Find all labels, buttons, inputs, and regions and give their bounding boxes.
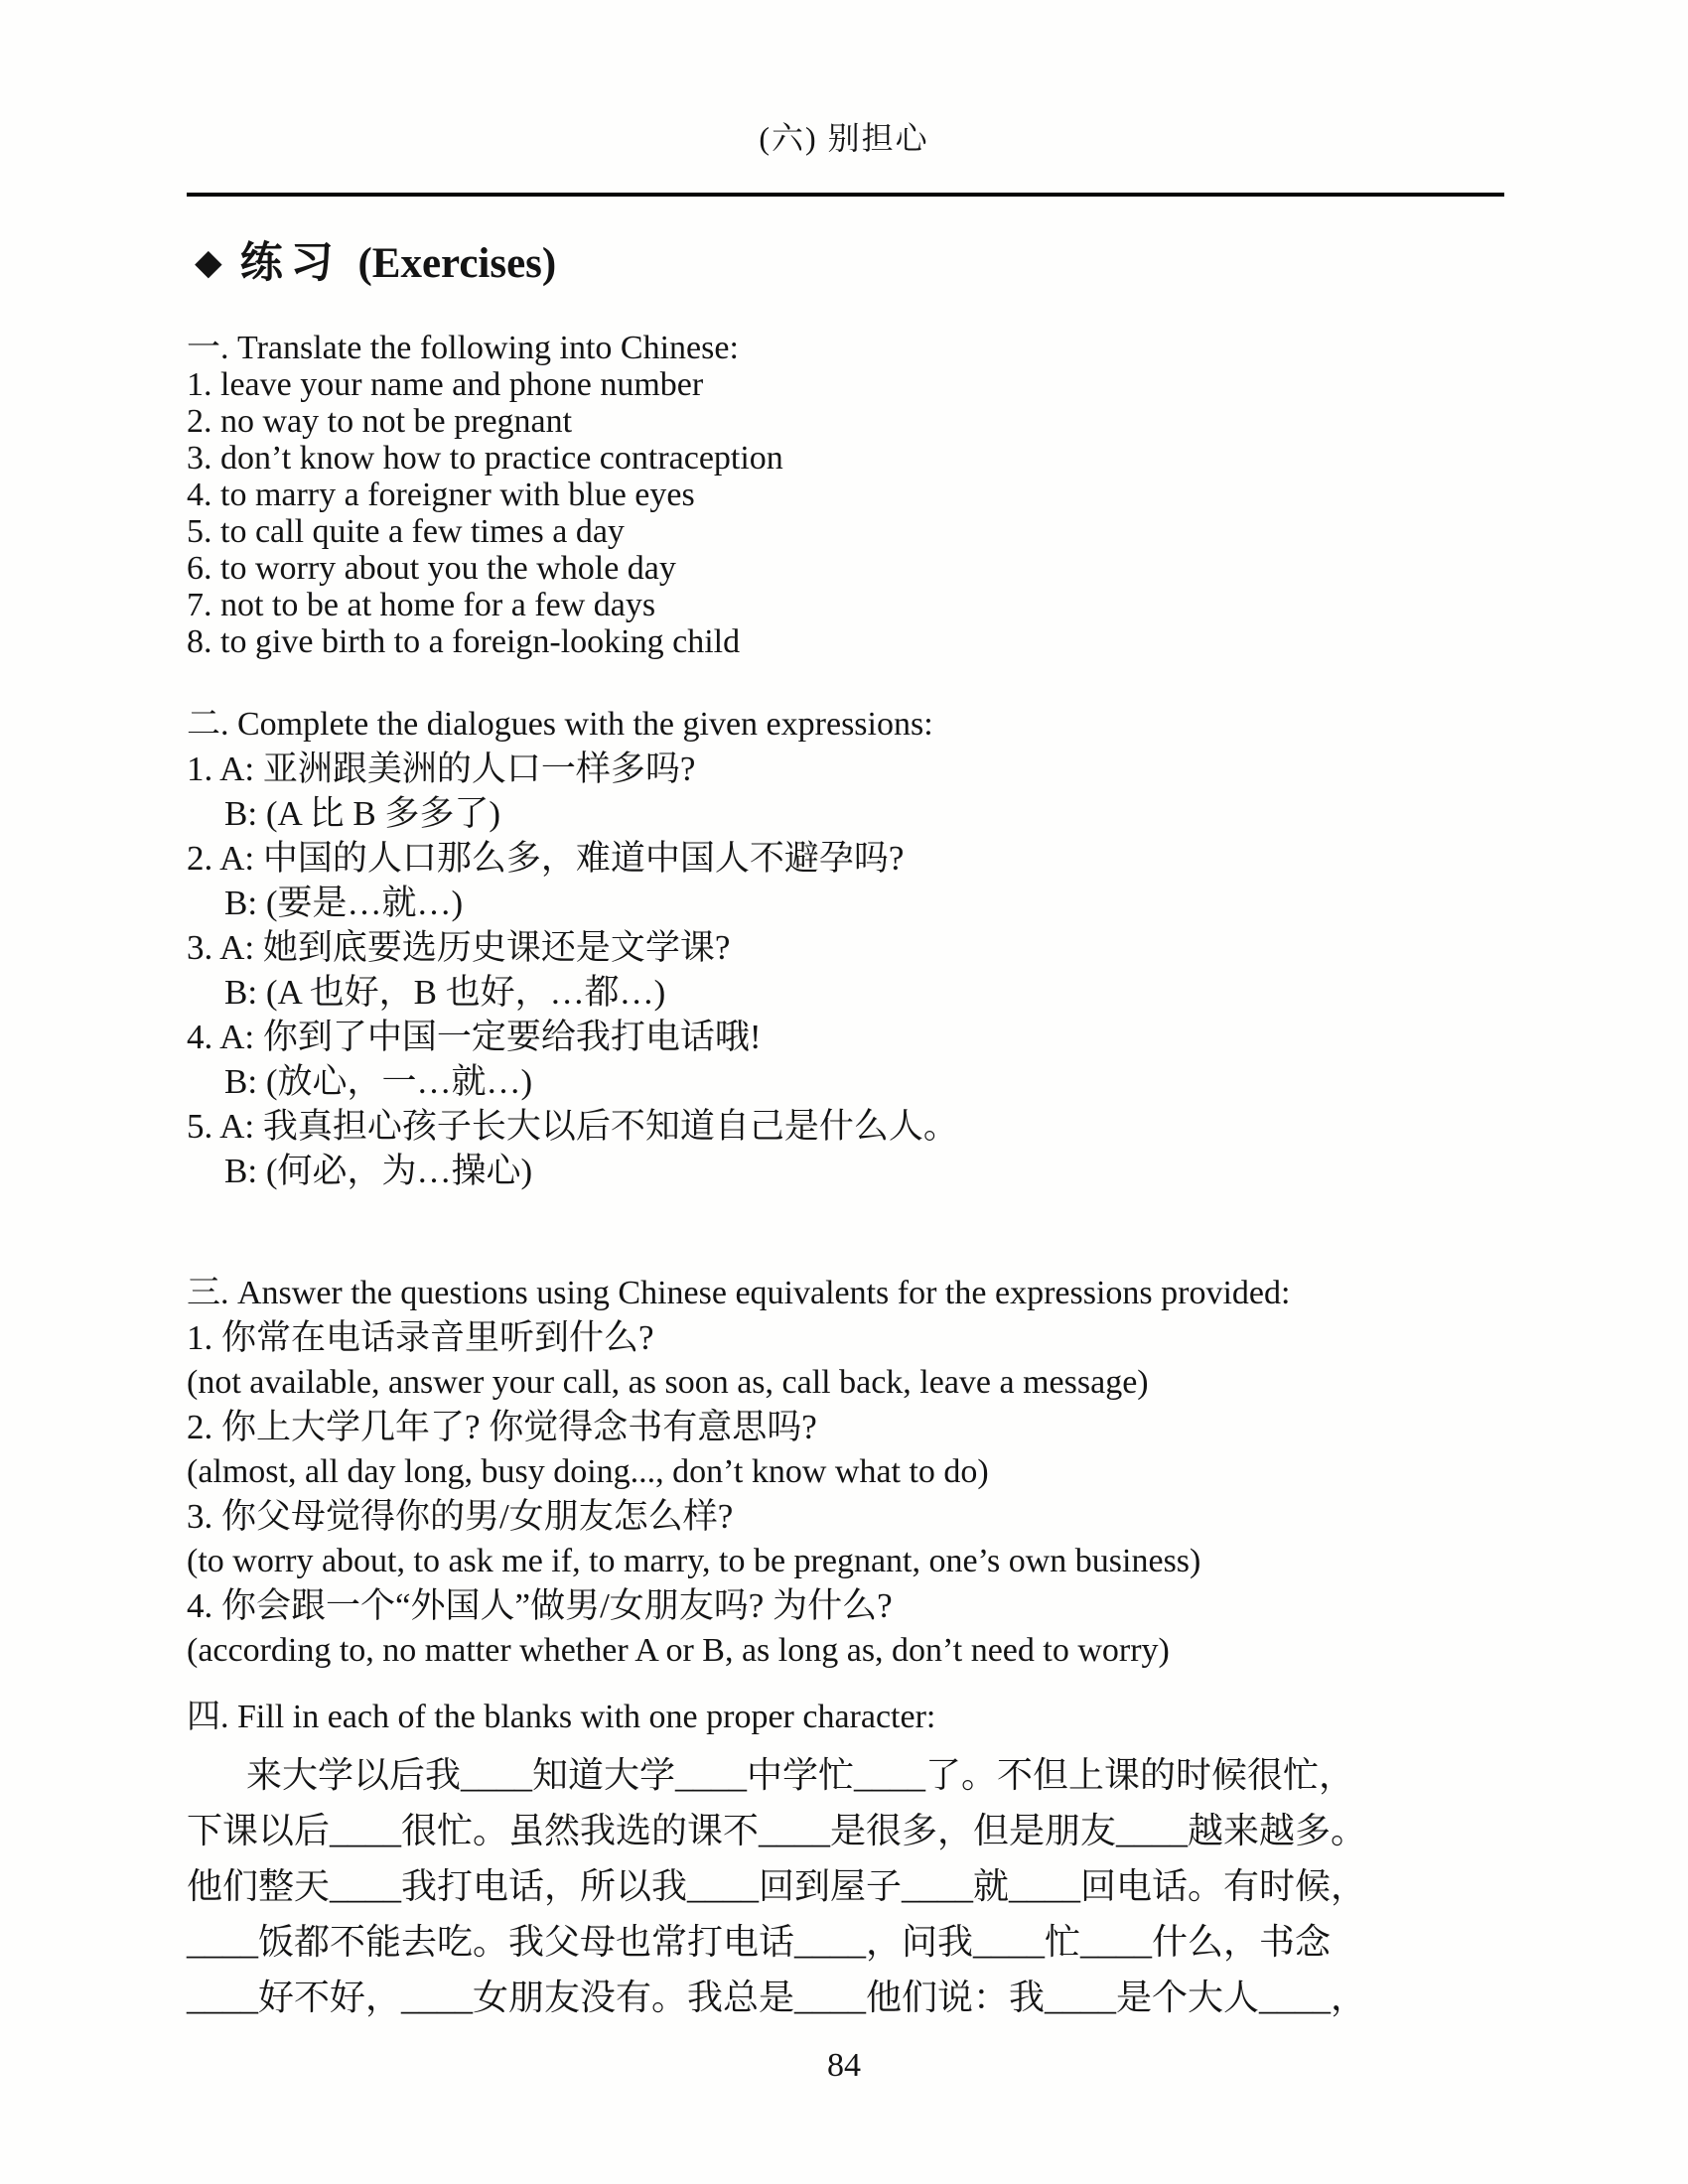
- dialogue-a-line: 5. A: 我真担心孩子长大以后不知道自己是什么人。: [187, 1104, 1514, 1149]
- question-line: 1. 你常在电话录音里听到什么?: [187, 1315, 1514, 1360]
- dialogue-b-line: B: (放心，一…就…): [187, 1059, 1514, 1104]
- translate-item: 4. to marry a foreigner with blue eyes: [187, 477, 1514, 513]
- section-dialogues: 二. Complete the dialogues with the given…: [187, 702, 1514, 1193]
- translate-item: 7. not to be at home for a few days: [187, 587, 1514, 623]
- header-divider: [187, 193, 1504, 197]
- expression-hint-line: (not available, answer your call, as soo…: [187, 1360, 1514, 1405]
- dialogue-b-line: B: (A 也好，B 也好，…都…): [187, 970, 1514, 1015]
- exercises-title-chinese: 练习: [240, 240, 342, 287]
- dialogue-a-line: 3. A: 她到底要选历史课还是文学课?: [187, 925, 1514, 970]
- fill-blanks-line: 下课以后____很忙。虽然我选的课不____是很多，但是朋友____越来越多。: [187, 1803, 1514, 1858]
- dialogue-b-line: B: (何必，为…操心): [187, 1149, 1514, 1193]
- question-line: 2. 你上大学几年了? 你觉得念书有意思吗?: [187, 1405, 1514, 1449]
- question-line: 4. 你会跟一个“外国人”做男/女朋友吗? 为什么?: [187, 1583, 1514, 1628]
- section-dialogues-heading: 二. Complete the dialogues with the given…: [187, 702, 1514, 747]
- section-translate: 一. Translate the following into Chinese:…: [187, 330, 1514, 660]
- translate-item: 6. to worry about you the whole day: [187, 550, 1514, 587]
- section-fill-blanks: 四. Fill in each of the blanks with one p…: [187, 1695, 1514, 2025]
- expression-hint-line: (to worry about, to ask me if, to marry,…: [187, 1539, 1514, 1583]
- dialogue-b-line: B: (A 比 B 多多了): [187, 791, 1514, 836]
- dialogue-a-line: 4. A: 你到了中国一定要给我打电话哦!: [187, 1015, 1514, 1059]
- fill-blanks-line: ____饭都不能去吃。我父母也常打电话____，问我____忙____什么，书念: [187, 1914, 1514, 1970]
- fill-blanks-line: ____好不好，____女朋友没有。我总是____他们说：我____是个大人__…: [187, 1970, 1514, 2025]
- fill-blanks-line: 来大学以后我____知道大学____中学忙____了。不但上课的时候很忙，: [187, 1747, 1514, 1803]
- fill-blanks-line: 他们整天____我打电话，所以我____回到屋子____就____回电话。有时候…: [187, 1858, 1514, 1914]
- question-line: 3. 你父母觉得你的男/女朋友怎么样?: [187, 1494, 1514, 1539]
- textbook-page: (六) 别担心 ◆练习 (Exercises) 一. Translate the…: [0, 0, 1688, 2184]
- translate-item: 5. to call quite a few times a day: [187, 513, 1514, 550]
- section-questions-heading: 三. Answer the questions using Chinese eq…: [187, 1271, 1514, 1315]
- section-translate-heading: 一. Translate the following into Chinese:: [187, 330, 1514, 366]
- translate-item: 2. no way to not be pregnant: [187, 403, 1514, 440]
- exercises-title: ◆练习 (Exercises): [195, 236, 1514, 290]
- dialogue-a-line: 1. A: 亚洲跟美洲的人口一样多吗?: [187, 747, 1514, 791]
- fill-blanks-paragraph: 来大学以后我____知道大学____中学忙____了。不但上课的时候很忙， 下课…: [187, 1747, 1514, 2025]
- section-fill-blanks-heading: 四. Fill in each of the blanks with one p…: [187, 1695, 1514, 1739]
- page-header: (六) 别担心: [0, 0, 1688, 157]
- page-number: 84: [0, 2047, 1688, 2085]
- expression-hint-line: (almost, all day long, busy doing..., do…: [187, 1449, 1514, 1494]
- exercises-title-english: (Exercises): [357, 240, 556, 287]
- section-questions: 三. Answer the questions using Chinese eq…: [187, 1271, 1514, 1673]
- translate-item: 3. don’t know how to practice contracept…: [187, 440, 1514, 477]
- diamond-icon: ◆: [195, 242, 222, 282]
- translate-item: 1. leave your name and phone number: [187, 366, 1514, 403]
- expression-hint-line: (according to, no matter whether A or B,…: [187, 1628, 1514, 1673]
- dialogue-b-line: B: (要是…就…): [187, 881, 1514, 925]
- translate-item: 8. to give birth to a foreign-looking ch…: [187, 623, 1514, 660]
- dialogue-a-line: 2. A: 中国的人口那么多，难道中国人不避孕吗?: [187, 836, 1514, 881]
- page-content: ◆练习 (Exercises) 一. Translate the followi…: [0, 236, 1688, 2025]
